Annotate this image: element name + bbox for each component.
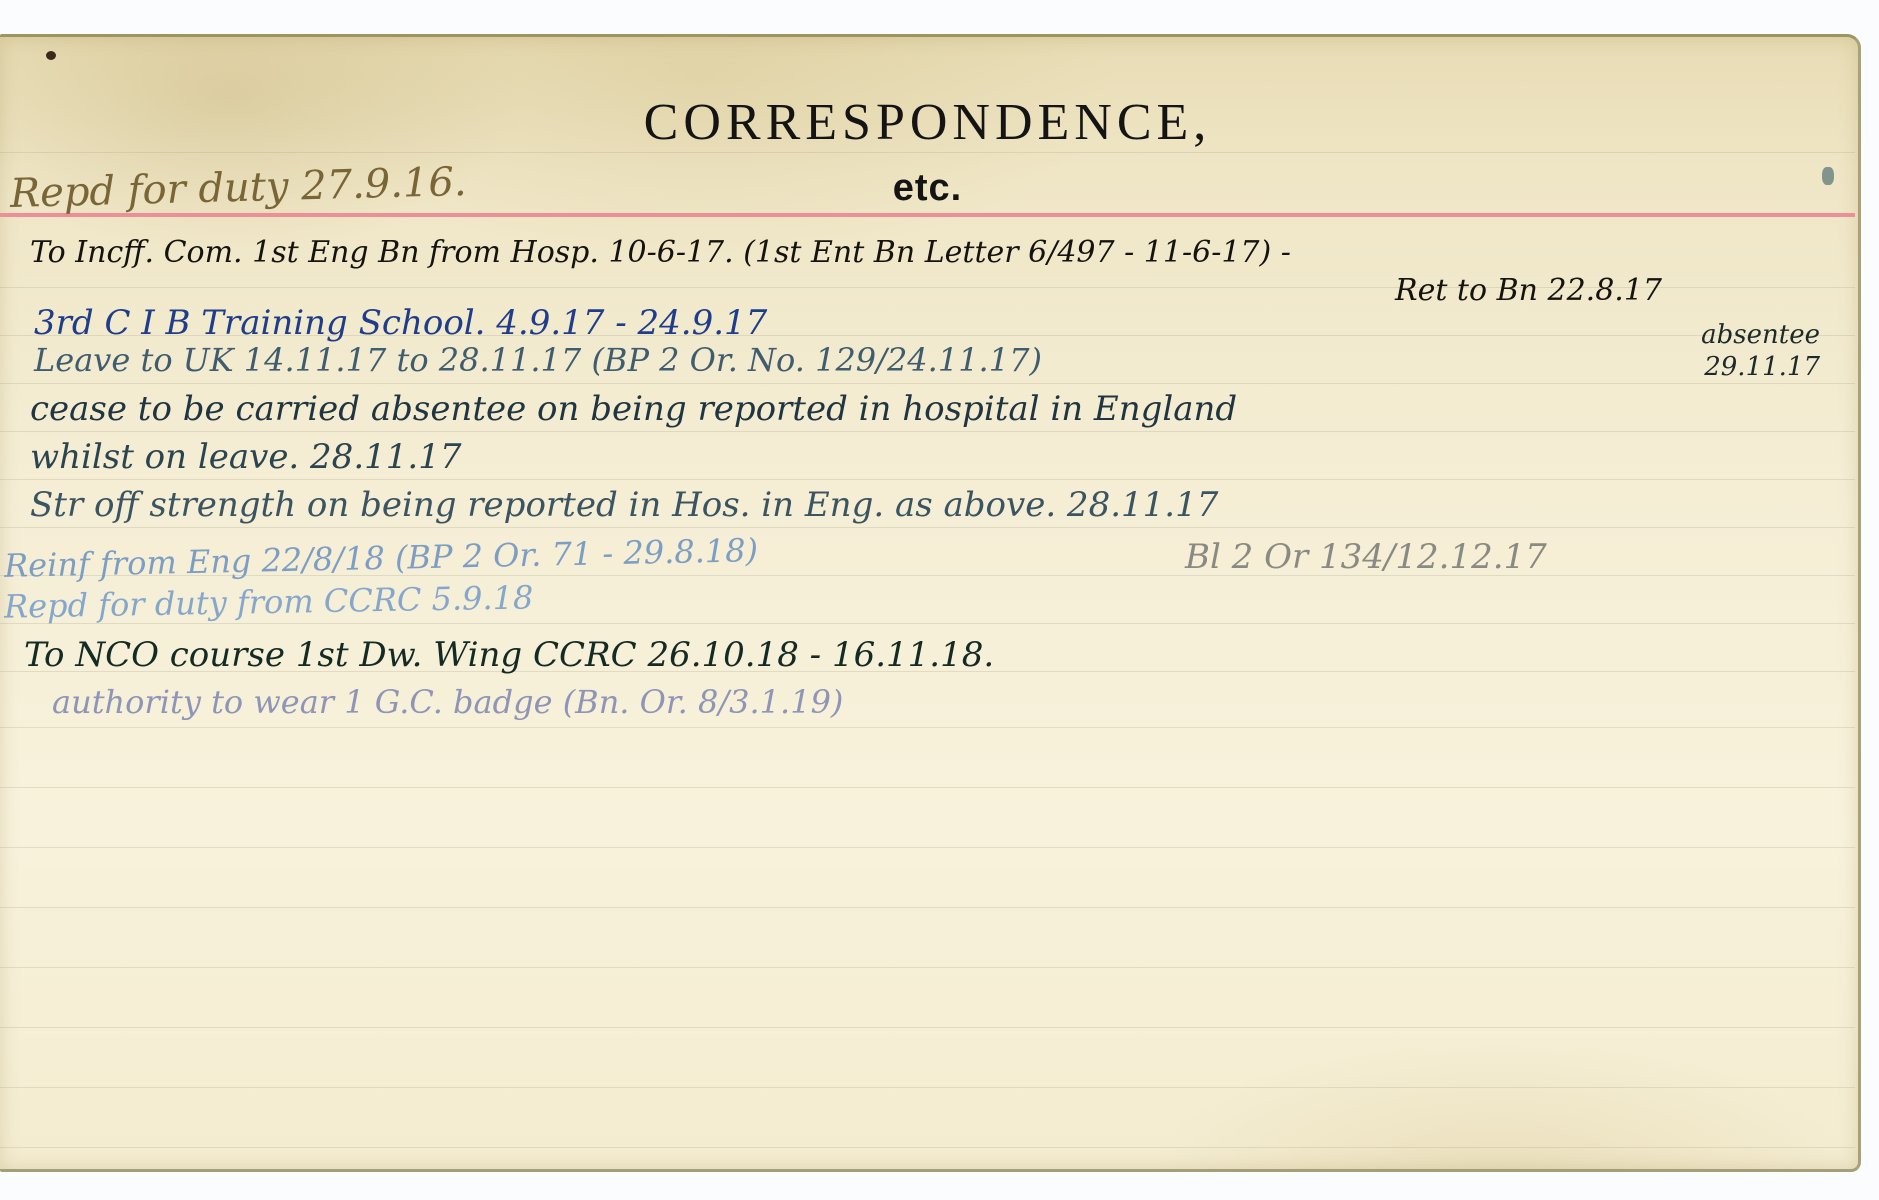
card-heading: CORRESPONDENCE, <box>0 93 1855 152</box>
ruled-line <box>0 787 1855 788</box>
ruled-line <box>0 1087 1855 1088</box>
entry-ret-to-bn: Ret to Bn 22.8.17 <box>1395 273 1662 308</box>
entry-reinf-from-eng: Reinf from Eng 22/8/18 (BP 2 Or. 71 - 29… <box>4 531 759 585</box>
entry-gc-badge: authority to wear 1 G.C. badge (Bn. Or. … <box>52 683 843 721</box>
ruled-line <box>0 623 1855 624</box>
entry-training-school: 3rd C I B Training School. 4.9.17 - 24.9… <box>34 303 767 343</box>
entry-nco-course: To NCO course 1st Dw. Wing CCRC 26.10.18… <box>24 635 994 675</box>
entry-cease-absentee: cease to be carried absentee on being re… <box>30 389 1237 429</box>
entry-whilst-on-leave: whilst on leave. 28.11.17 <box>30 437 461 477</box>
ruled-line <box>0 907 1855 908</box>
ruled-line <box>0 727 1855 728</box>
ruled-line <box>0 967 1855 968</box>
ruled-line <box>0 383 1855 384</box>
ruled-line <box>0 847 1855 848</box>
ruled-line <box>0 1027 1855 1028</box>
record-card: CORRESPONDENCE, etc. Repd for duty 27.9.… <box>0 34 1861 1172</box>
ruled-line <box>0 479 1855 480</box>
ruled-line <box>0 431 1855 432</box>
ruled-line <box>0 152 1855 153</box>
entry-leave-to-uk: Leave to UK 14.11.17 to 28.11.17 (BP 2 O… <box>34 341 1042 379</box>
entry-bl-2-or: Bl 2 Or 134/12.12.17 <box>1185 537 1547 577</box>
entry-to-incff-com: To Incff. Com. 1st Eng Bn from Hosp. 10-… <box>30 235 1291 270</box>
entry-absentee: absentee 29.11.17 <box>1620 319 1820 383</box>
red-margin-rule <box>0 213 1855 217</box>
ruled-line <box>0 1147 1855 1148</box>
entry-repd-from-ccrc: Repd for duty from CCRC 5.9.18 <box>4 578 534 625</box>
entry-str-off-strength: Str off strength on being reported in Ho… <box>30 485 1218 525</box>
punch-hole <box>46 51 56 60</box>
ruled-line <box>0 527 1855 528</box>
